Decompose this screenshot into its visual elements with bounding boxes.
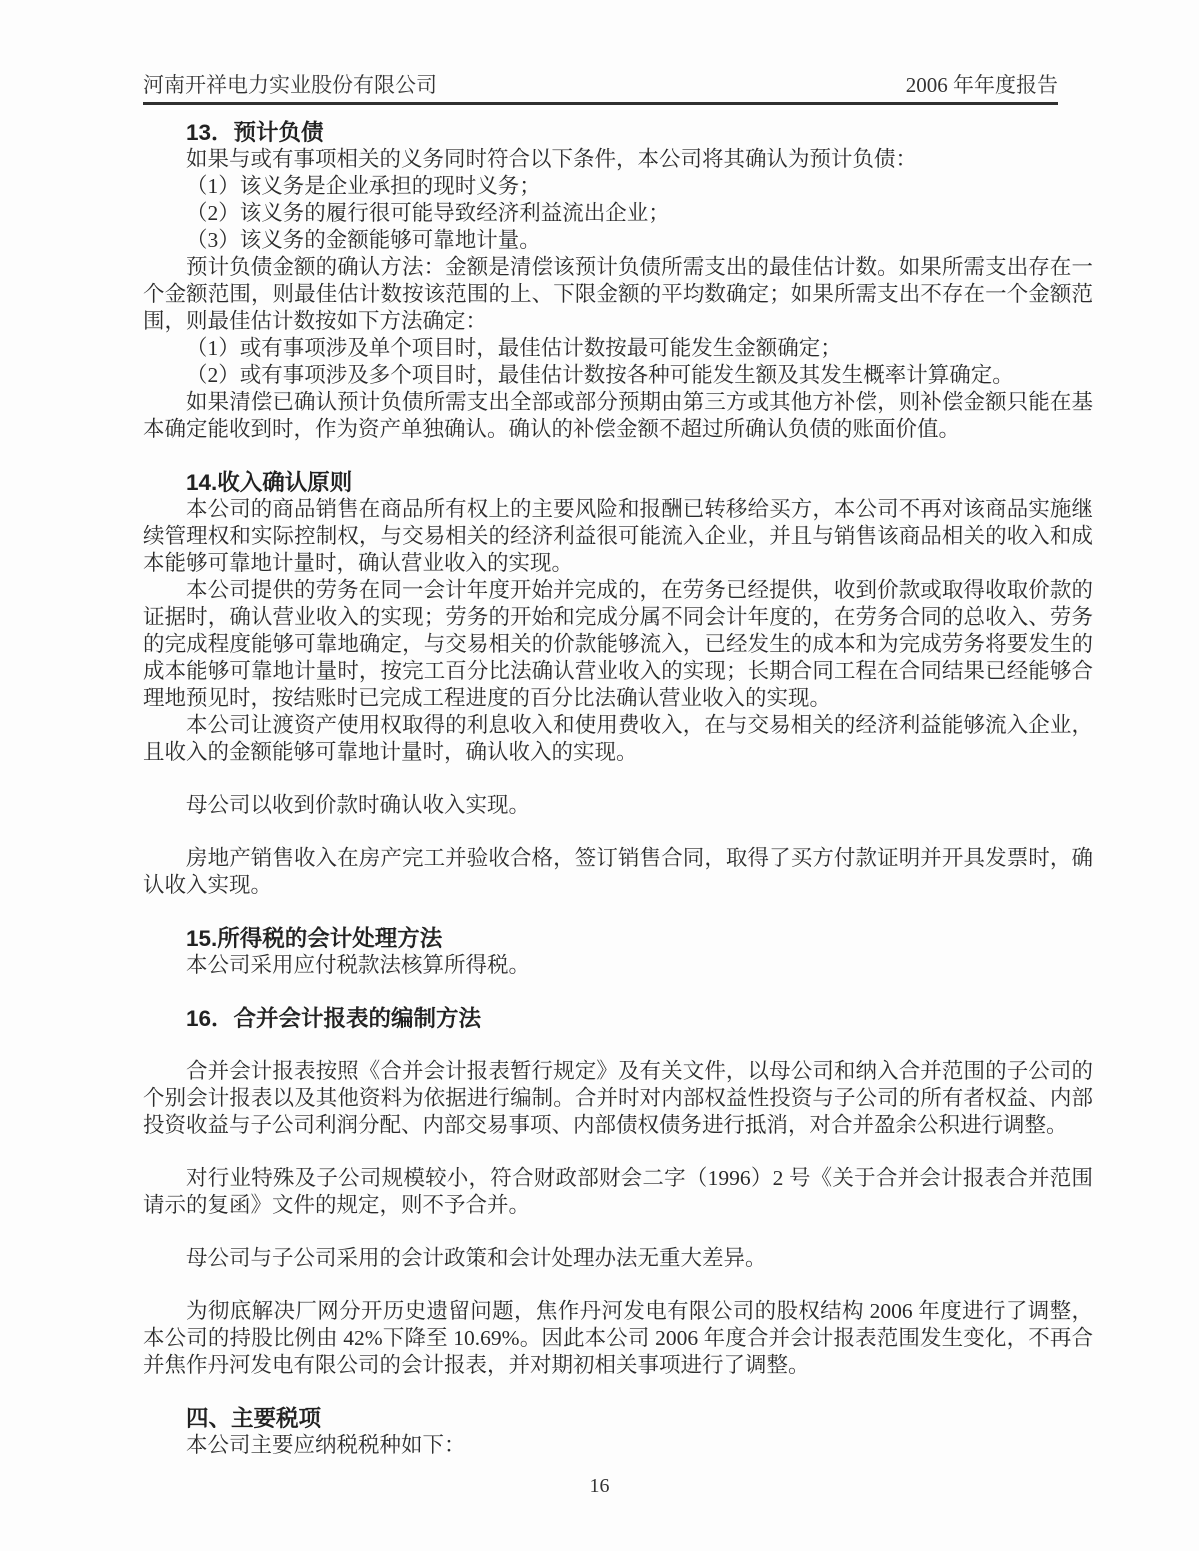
paragraph-s16-policy: 母公司与子公司采用的会计政策和会计处理办法无重大差异。 [143,1245,1093,1272]
list-item-s13-condition-1: （1）该义务是企业承担的现时义务； [143,173,1093,200]
company-name: 河南开祥电力实业股份有限公司 [143,73,437,97]
list-item-s13-method-2: （2）或有事项涉及多个项目时，最佳估计数按各种可能发生额及其发生概率计算确定。 [143,362,1093,389]
section-heading-tax: 四、主要税项 [143,1405,1093,1432]
list-item-s13-condition-2: （2）该义务的履行很可能导致经济利益流出企业； [143,200,1093,227]
paragraph-s13-intro: 如果与或有事项相关的义务同时符合以下条件，本公司将其确认为预计负债： [143,146,1093,173]
paragraph-s13-method: 预计负债金额的确认方法：金额是清偿该预计负债所需支出的最佳估计数。如果所需支出存… [143,254,1093,335]
report-title: 2006 年年度报告 [906,73,1058,97]
list-item-s13-condition-3: （3）该义务的金额能够可靠地计量。 [143,227,1093,254]
paragraph-s14-parent: 母公司以收到价款时确认收入实现。 [143,792,1093,819]
paragraph-s16-change: 为彻底解决厂网分开历史遗留问题，焦作丹河发电有限公司的股权结构 2006 年度进… [143,1298,1093,1379]
paragraph-s14-services: 本公司提供的劳务在同一会计年度开始并完成的，在劳务已经提供，收到价款或取得收取价… [143,577,1093,712]
document-body: 13．预计负债 如果与或有事项相关的义务同时符合以下条件，本公司将其确认为预计负… [143,119,1093,1459]
section-heading-13: 13．预计负债 [143,119,1093,146]
page-header: 河南开祥电力实业股份有限公司 2006 年年度报告 [143,0,1058,105]
paragraph-s15-body: 本公司采用应付税款法核算所得税。 [143,952,1093,979]
paragraph-s16-exclusion: 对行业特殊及子公司规模较小，符合财政部财会二字（1996）2 号《关于合并会计报… [143,1165,1093,1219]
paragraph-s16-basis: 合并会计报表按照《合并会计报表暂行规定》及有关文件，以母公司和纳入合并范围的子公… [143,1058,1093,1139]
document-page: 河南开祥电力实业股份有限公司 2006 年年度报告 13．预计负债 如果与或有事… [0,0,1199,1551]
section-heading-15: 15.所得税的会计处理方法 [143,925,1093,952]
page-number: 16 [0,1473,1199,1500]
list-item-s13-method-1: （1）或有事项涉及单个项目时，最佳估计数按最可能发生金额确定； [143,335,1093,362]
paragraph-tax-intro: 本公司主要应纳税税种如下： [143,1432,1093,1459]
section-heading-14: 14.收入确认原则 [143,469,1093,496]
paragraph-s14-realestate: 房地产销售收入在房产完工并验收合格，签订销售合同，取得了买方付款证明并开具发票时… [143,845,1093,899]
paragraph-s14-rights: 本公司让渡资产使用权取得的利息收入和使用费收入，在与交易相关的经济利益能够流入企… [143,712,1093,766]
paragraph-s14-goods: 本公司的商品销售在商品所有权上的主要风险和报酬已转移给买方，本公司不再对该商品实… [143,496,1093,577]
section-heading-16: 16．合并会计报表的编制方法 [143,1005,1093,1032]
paragraph-s13-compensation: 如果清偿已确认预计负债所需支出全部或部分预期由第三方或其他方补偿，则补偿金额只能… [143,389,1093,443]
